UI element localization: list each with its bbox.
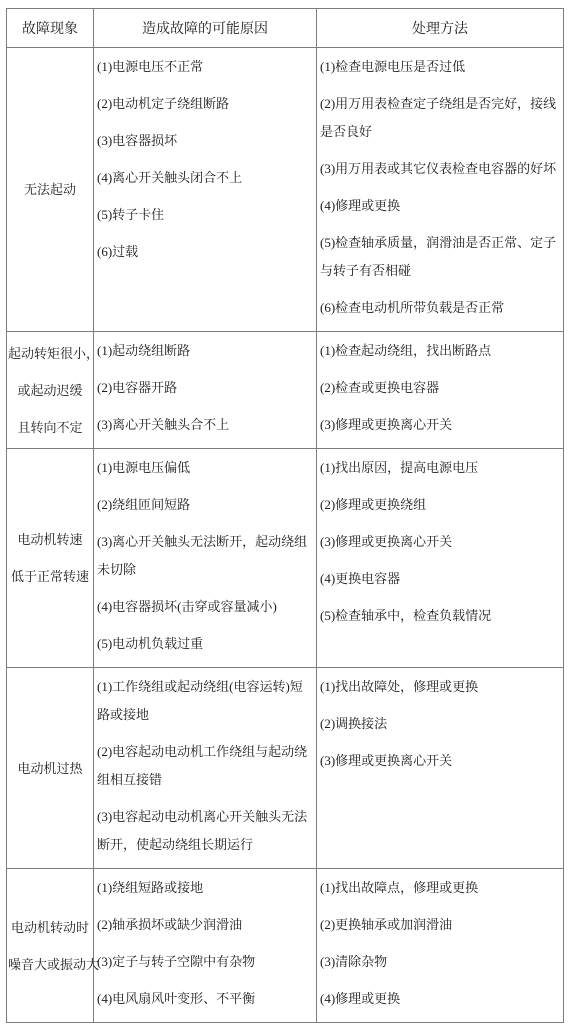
list-item: (1)检查起动绕组，找出断路点	[320, 337, 561, 365]
list-item: (5)电动机负载过重	[97, 630, 314, 658]
list-item: (2)更换轴承或加润滑油	[320, 911, 561, 939]
fault-phenomenon-cell: 起动转矩很小，或起动迟缓且转向不定	[7, 332, 94, 449]
fault-phenomenon-line: 电动机转速	[8, 521, 92, 558]
list-item: (1)电源电压不正常	[97, 53, 314, 81]
page: 故障现象 造成故障的可能原因 处理方法 无法起动(1)电源电压不正常(2)电动机…	[0, 0, 569, 1023]
causes-cell: (1)绕组短路或接地(2)轴承损坏或缺少润滑油(3)定子与转子空隙中有杂物(4)…	[94, 869, 317, 1023]
list-item: (1)检查电源电压是否过低	[320, 53, 561, 81]
header-fault-phenomenon: 故障现象	[7, 9, 94, 48]
list-item: (3)修理或更换离心开关	[320, 411, 561, 439]
fault-phenomenon-line: 噪音大或振动大	[8, 946, 92, 983]
list-item: (3)电容器损坏	[97, 127, 314, 155]
list-item: (4)电容器损坏(击穿或容量减小)	[97, 593, 314, 621]
fault-phenomenon-line: 且转向不定	[8, 409, 92, 446]
methods-cell: (1)检查起动绕组，找出断路点(2)检查或更换电容器(3)修理或更换离心开关	[317, 332, 564, 449]
list-item: (3)修理或更换离心开关	[320, 747, 561, 775]
list-item: (4)修理或更换	[320, 985, 561, 1013]
motor-fault-table: 故障现象 造成故障的可能原因 处理方法 无法起动(1)电源电压不正常(2)电动机…	[6, 8, 564, 1023]
methods-cell: (1)找出原因，提高电源电压(2)修理或更换绕组(3)修理或更换离心开关(4)更…	[317, 449, 564, 668]
list-item: (5)转子卡住	[97, 201, 314, 229]
list-item: (3)修理或更换离心开关	[320, 528, 561, 556]
list-item: (2)检查或更换电容器	[320, 374, 561, 402]
list-item: (4)电风扇风叶变形、不平衡	[97, 985, 314, 1013]
methods-cell: (1)找出故障处，修理或更换(2)调换接法(3)修理或更换离心开关	[317, 668, 564, 869]
table-row: 起动转矩很小，或起动迟缓且转向不定(1)起动绕组断路(2)电容器开路(3)离心开…	[7, 332, 564, 449]
list-item: (2)绕组匝间短路	[97, 491, 314, 519]
list-item: (1)电源电压偏低	[97, 454, 314, 482]
list-item: (1)工作绕组或起动绕组(电容运转)短路或接地	[97, 673, 314, 729]
list-item: (1)起动绕组断路	[97, 337, 314, 365]
list-item: (5)检查轴承质量，润滑油是否正常、定子与转子有否相碰	[320, 229, 561, 285]
header-row: 故障现象 造成故障的可能原因 处理方法	[7, 9, 564, 48]
fault-phenomenon-cell: 电动机转速低于正常转速	[7, 449, 94, 668]
fault-phenomenon-cell: 无法起动	[7, 48, 94, 332]
list-item: (3)定子与转子空隙中有杂物	[97, 948, 314, 976]
table-row: 电动机过热(1)工作绕组或起动绕组(电容运转)短路或接地(2)电容起动电动机工作…	[7, 668, 564, 869]
list-item: (4)离心开关触头闭合不上	[97, 164, 314, 192]
list-item: (1)找出故障点，修理或更换	[320, 874, 561, 902]
fault-phenomenon-line: 起动转矩很小，	[8, 335, 92, 372]
header-handling-methods: 处理方法	[317, 9, 564, 48]
list-item: (5)检查轴承中，检查负载情况	[320, 602, 561, 630]
methods-cell: (1)找出故障点，修理或更换(2)更换轴承或加润滑油(3)清除杂物(4)修理或更…	[317, 869, 564, 1023]
table-body: 无法起动(1)电源电压不正常(2)电动机定子绕组断路(3)电容器损坏(4)离心开…	[7, 48, 564, 1023]
list-item: (2)轴承损坏或缺少润滑油	[97, 911, 314, 939]
causes-cell: (1)起动绕组断路(2)电容器开路(3)离心开关触头合不上	[94, 332, 317, 449]
table-row: 电动机转动时噪音大或振动大(1)绕组短路或接地(2)轴承损坏或缺少润滑油(3)定…	[7, 869, 564, 1023]
list-item: (2)电容器开路	[97, 374, 314, 402]
list-item: (3)电容起动电动机离心开关触头无法断开，使起动绕组长期运行	[97, 803, 314, 859]
list-item: (4)修理或更换	[320, 192, 561, 220]
fault-phenomenon-line: 电动机过热	[8, 750, 92, 787]
fault-phenomenon-line: 或起动迟缓	[8, 372, 92, 409]
list-item: (3)清除杂物	[320, 948, 561, 976]
list-item: (2)修理或更换绕组	[320, 491, 561, 519]
header-possible-causes: 造成故障的可能原因	[94, 9, 317, 48]
causes-cell: (1)电源电压不正常(2)电动机定子绕组断路(3)电容器损坏(4)离心开关触头闭…	[94, 48, 317, 332]
fault-phenomenon-line: 低于正常转速	[8, 558, 92, 595]
list-item: (1)找出原因，提高电源电压	[320, 454, 561, 482]
list-item: (3)离心开关触头合不上	[97, 411, 314, 439]
list-item: (4)更换电容器	[320, 565, 561, 593]
list-item: (2)用万用表检查定子绕组是否完好，接线是否良好	[320, 90, 561, 146]
list-item: (3)离心开关触头无法断开，起动绕组未切除	[97, 528, 314, 584]
list-item: (2)调换接法	[320, 710, 561, 738]
causes-cell: (1)工作绕组或起动绕组(电容运转)短路或接地(2)电容起动电动机工作绕组与起动…	[94, 668, 317, 869]
fault-phenomenon-line: 电动机转动时	[8, 909, 92, 946]
list-item: (6)过载	[97, 238, 314, 266]
list-item: (1)绕组短路或接地	[97, 874, 314, 902]
causes-cell: (1)电源电压偏低(2)绕组匝间短路(3)离心开关触头无法断开，起动绕组未切除(…	[94, 449, 317, 668]
table-row: 无法起动(1)电源电压不正常(2)电动机定子绕组断路(3)电容器损坏(4)离心开…	[7, 48, 564, 332]
methods-cell: (1)检查电源电压是否过低(2)用万用表检查定子绕组是否完好，接线是否良好(3)…	[317, 48, 564, 332]
fault-phenomenon-cell: 电动机转动时噪音大或振动大	[7, 869, 94, 1023]
list-item: (3)用万用表或其它仪表检查电容器的好坏	[320, 155, 561, 183]
list-item: (6)检查电动机所带负载是否正常	[320, 294, 561, 322]
fault-phenomenon-line: 无法起动	[8, 171, 92, 208]
list-item: (2)电动机定子绕组断路	[97, 90, 314, 118]
list-item: (1)找出故障处，修理或更换	[320, 673, 561, 701]
list-item: (2)电容起动电动机工作绕组与起动绕组相互接错	[97, 738, 314, 794]
table-row: 电动机转速低于正常转速(1)电源电压偏低(2)绕组匝间短路(3)离心开关触头无法…	[7, 449, 564, 668]
fault-phenomenon-cell: 电动机过热	[7, 668, 94, 869]
